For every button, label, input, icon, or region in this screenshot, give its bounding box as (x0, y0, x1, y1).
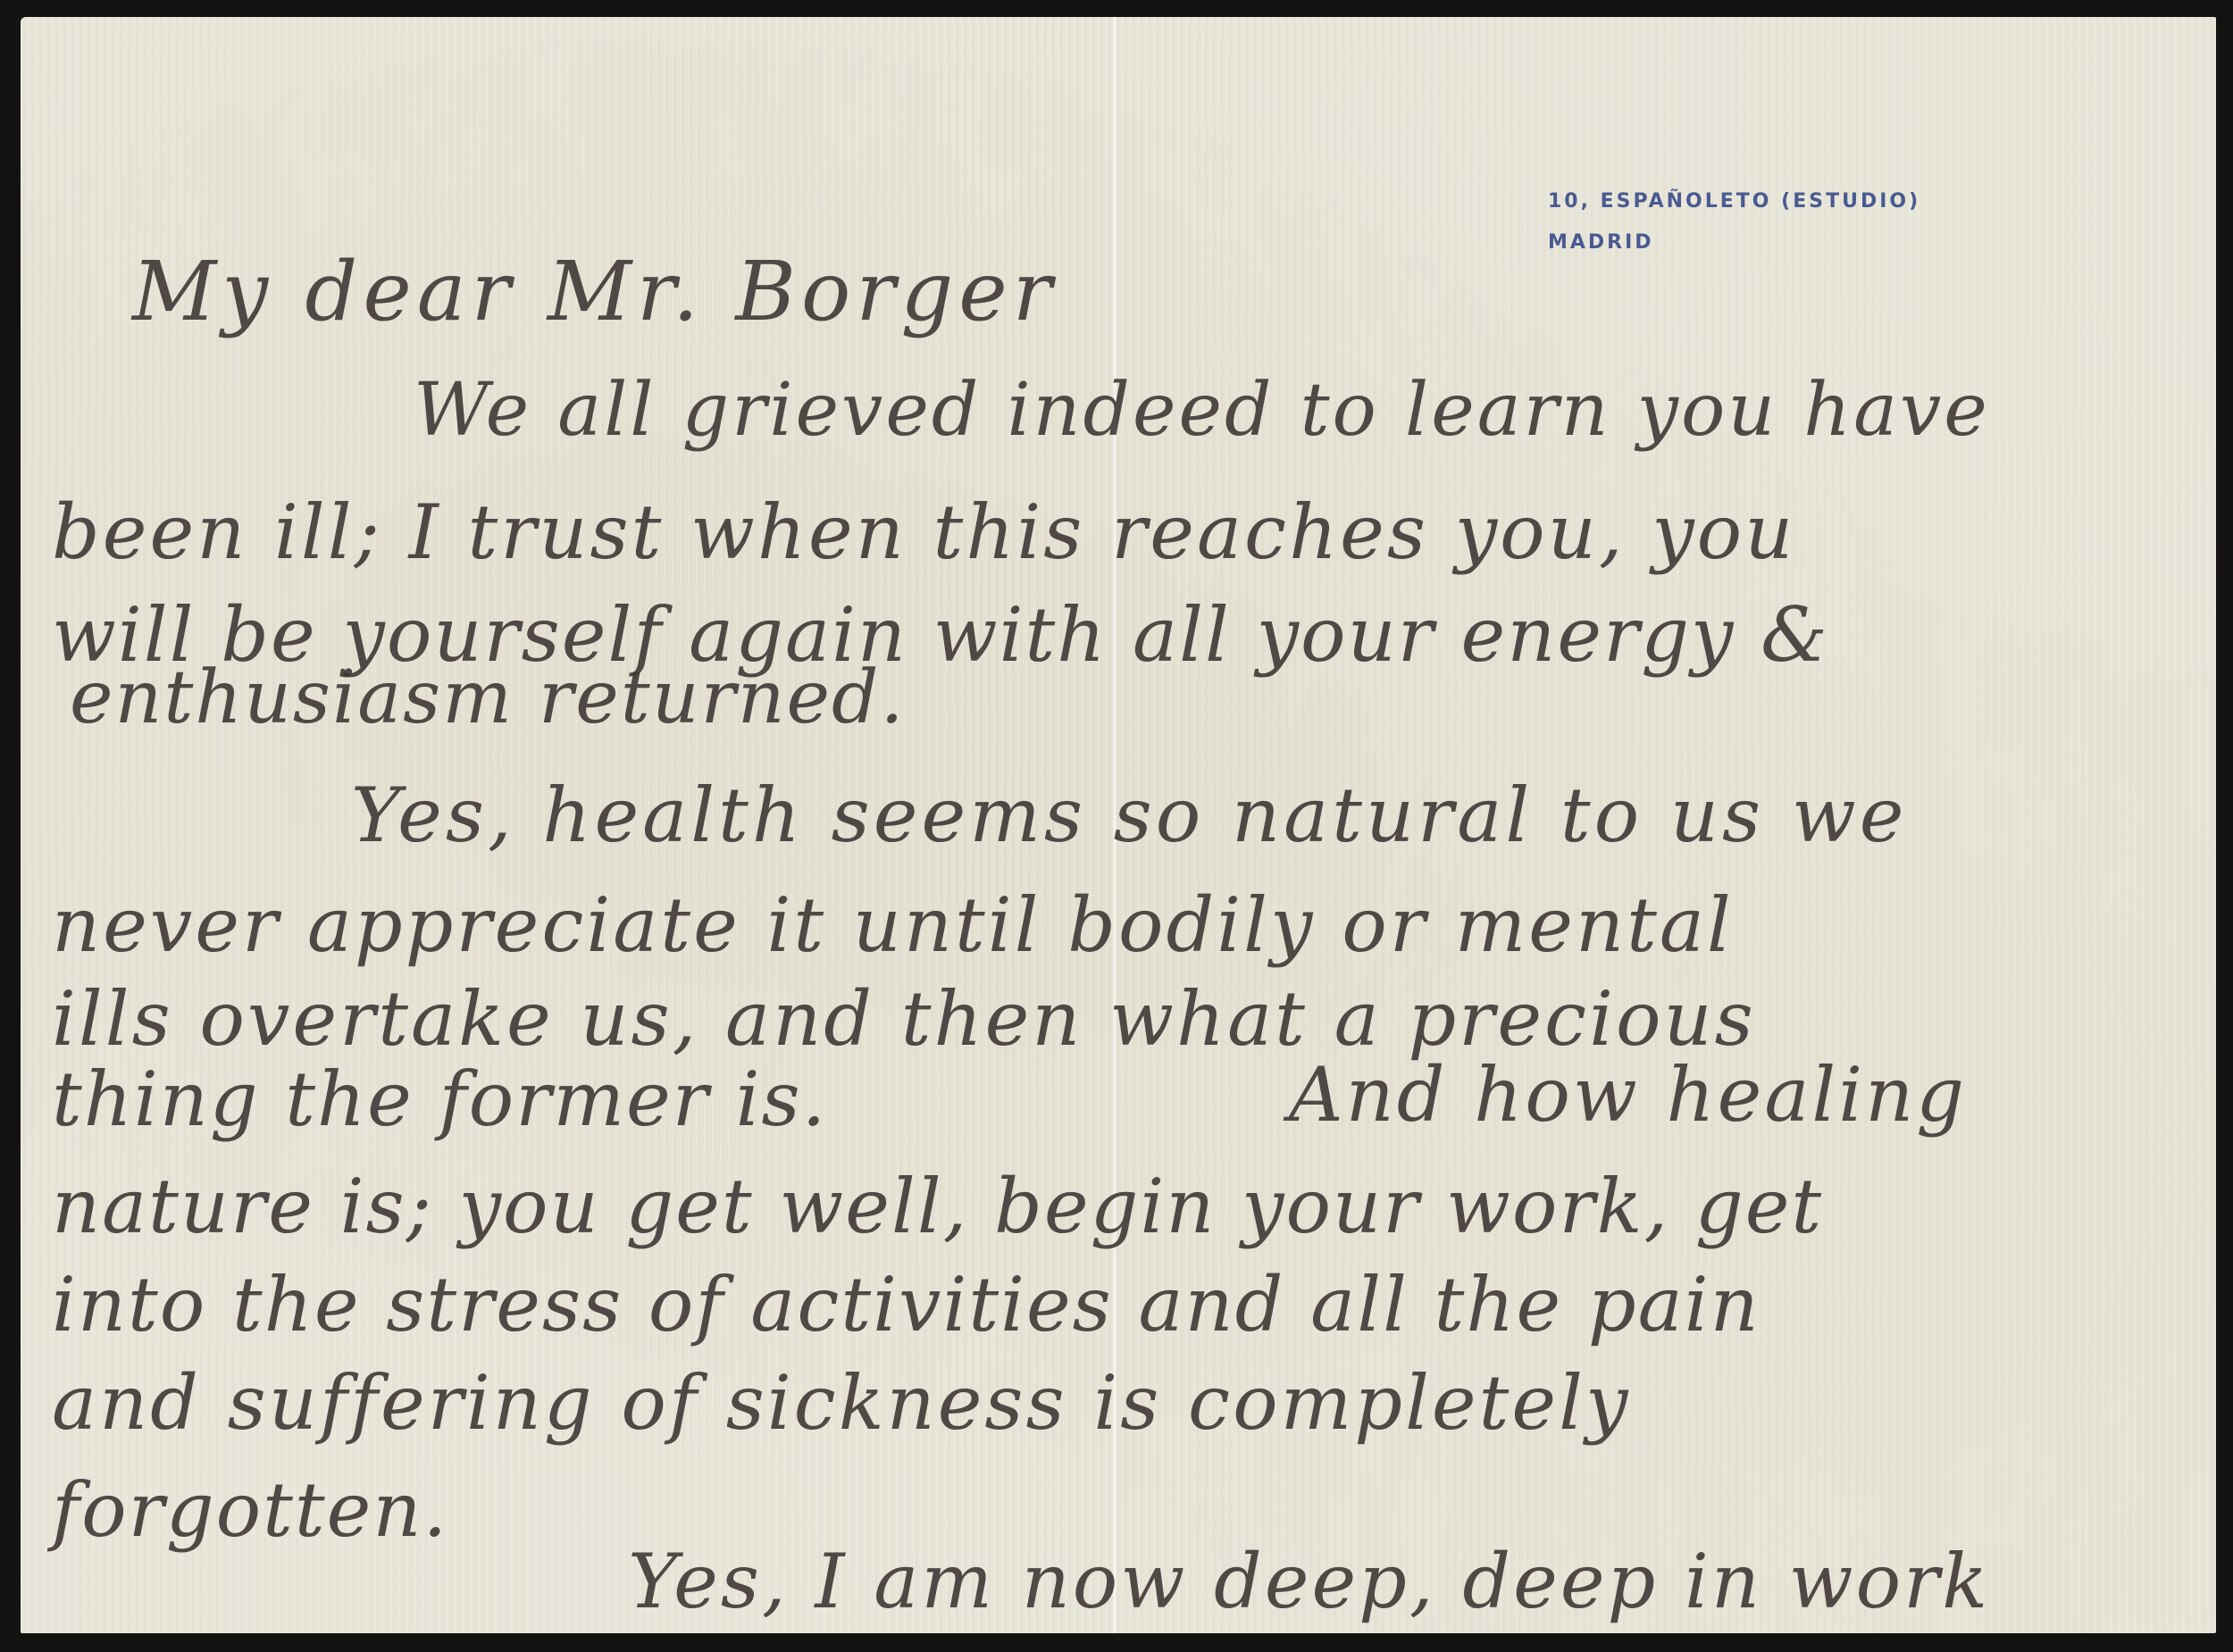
letter-line-5: Yes, health seems so natural to us we (351, 778, 1907, 853)
letter-body: My dear Mr. Borger We all grieved indeed… (21, 17, 2216, 1633)
letter-line-13: forgotten. (52, 1473, 448, 1548)
letter-line-7: ills overtake us, and then what a precio… (52, 981, 1756, 1056)
letter-line-11: into the stress of activities and all th… (52, 1267, 1760, 1342)
letter-line-1: We all grieved indeed to learn you have (414, 374, 1990, 447)
letter-line-2: been ill; I trust when this reaches you,… (52, 495, 1795, 570)
letter-line-4: enthusiasm returned. (70, 662, 906, 735)
letter-line-14: Yes, I am now deep, deep in work (628, 1544, 1990, 1619)
letter-line-9: And how healing (1289, 1057, 1967, 1132)
letter-line-10: nature is; you get well, begin your work… (52, 1169, 1823, 1244)
salutation: My dear Mr. Borger (132, 251, 1058, 333)
letter-line-8: thing the former is. (52, 1062, 827, 1137)
letter-line-6: never appreciate it until bodily or ment… (52, 888, 1734, 963)
letter-page: 10, ESPAÑOLETO (ESTUDIO) MADRID My dear … (21, 17, 2216, 1633)
letter-line-12: and suffering of sickness is completely (52, 1365, 1630, 1440)
